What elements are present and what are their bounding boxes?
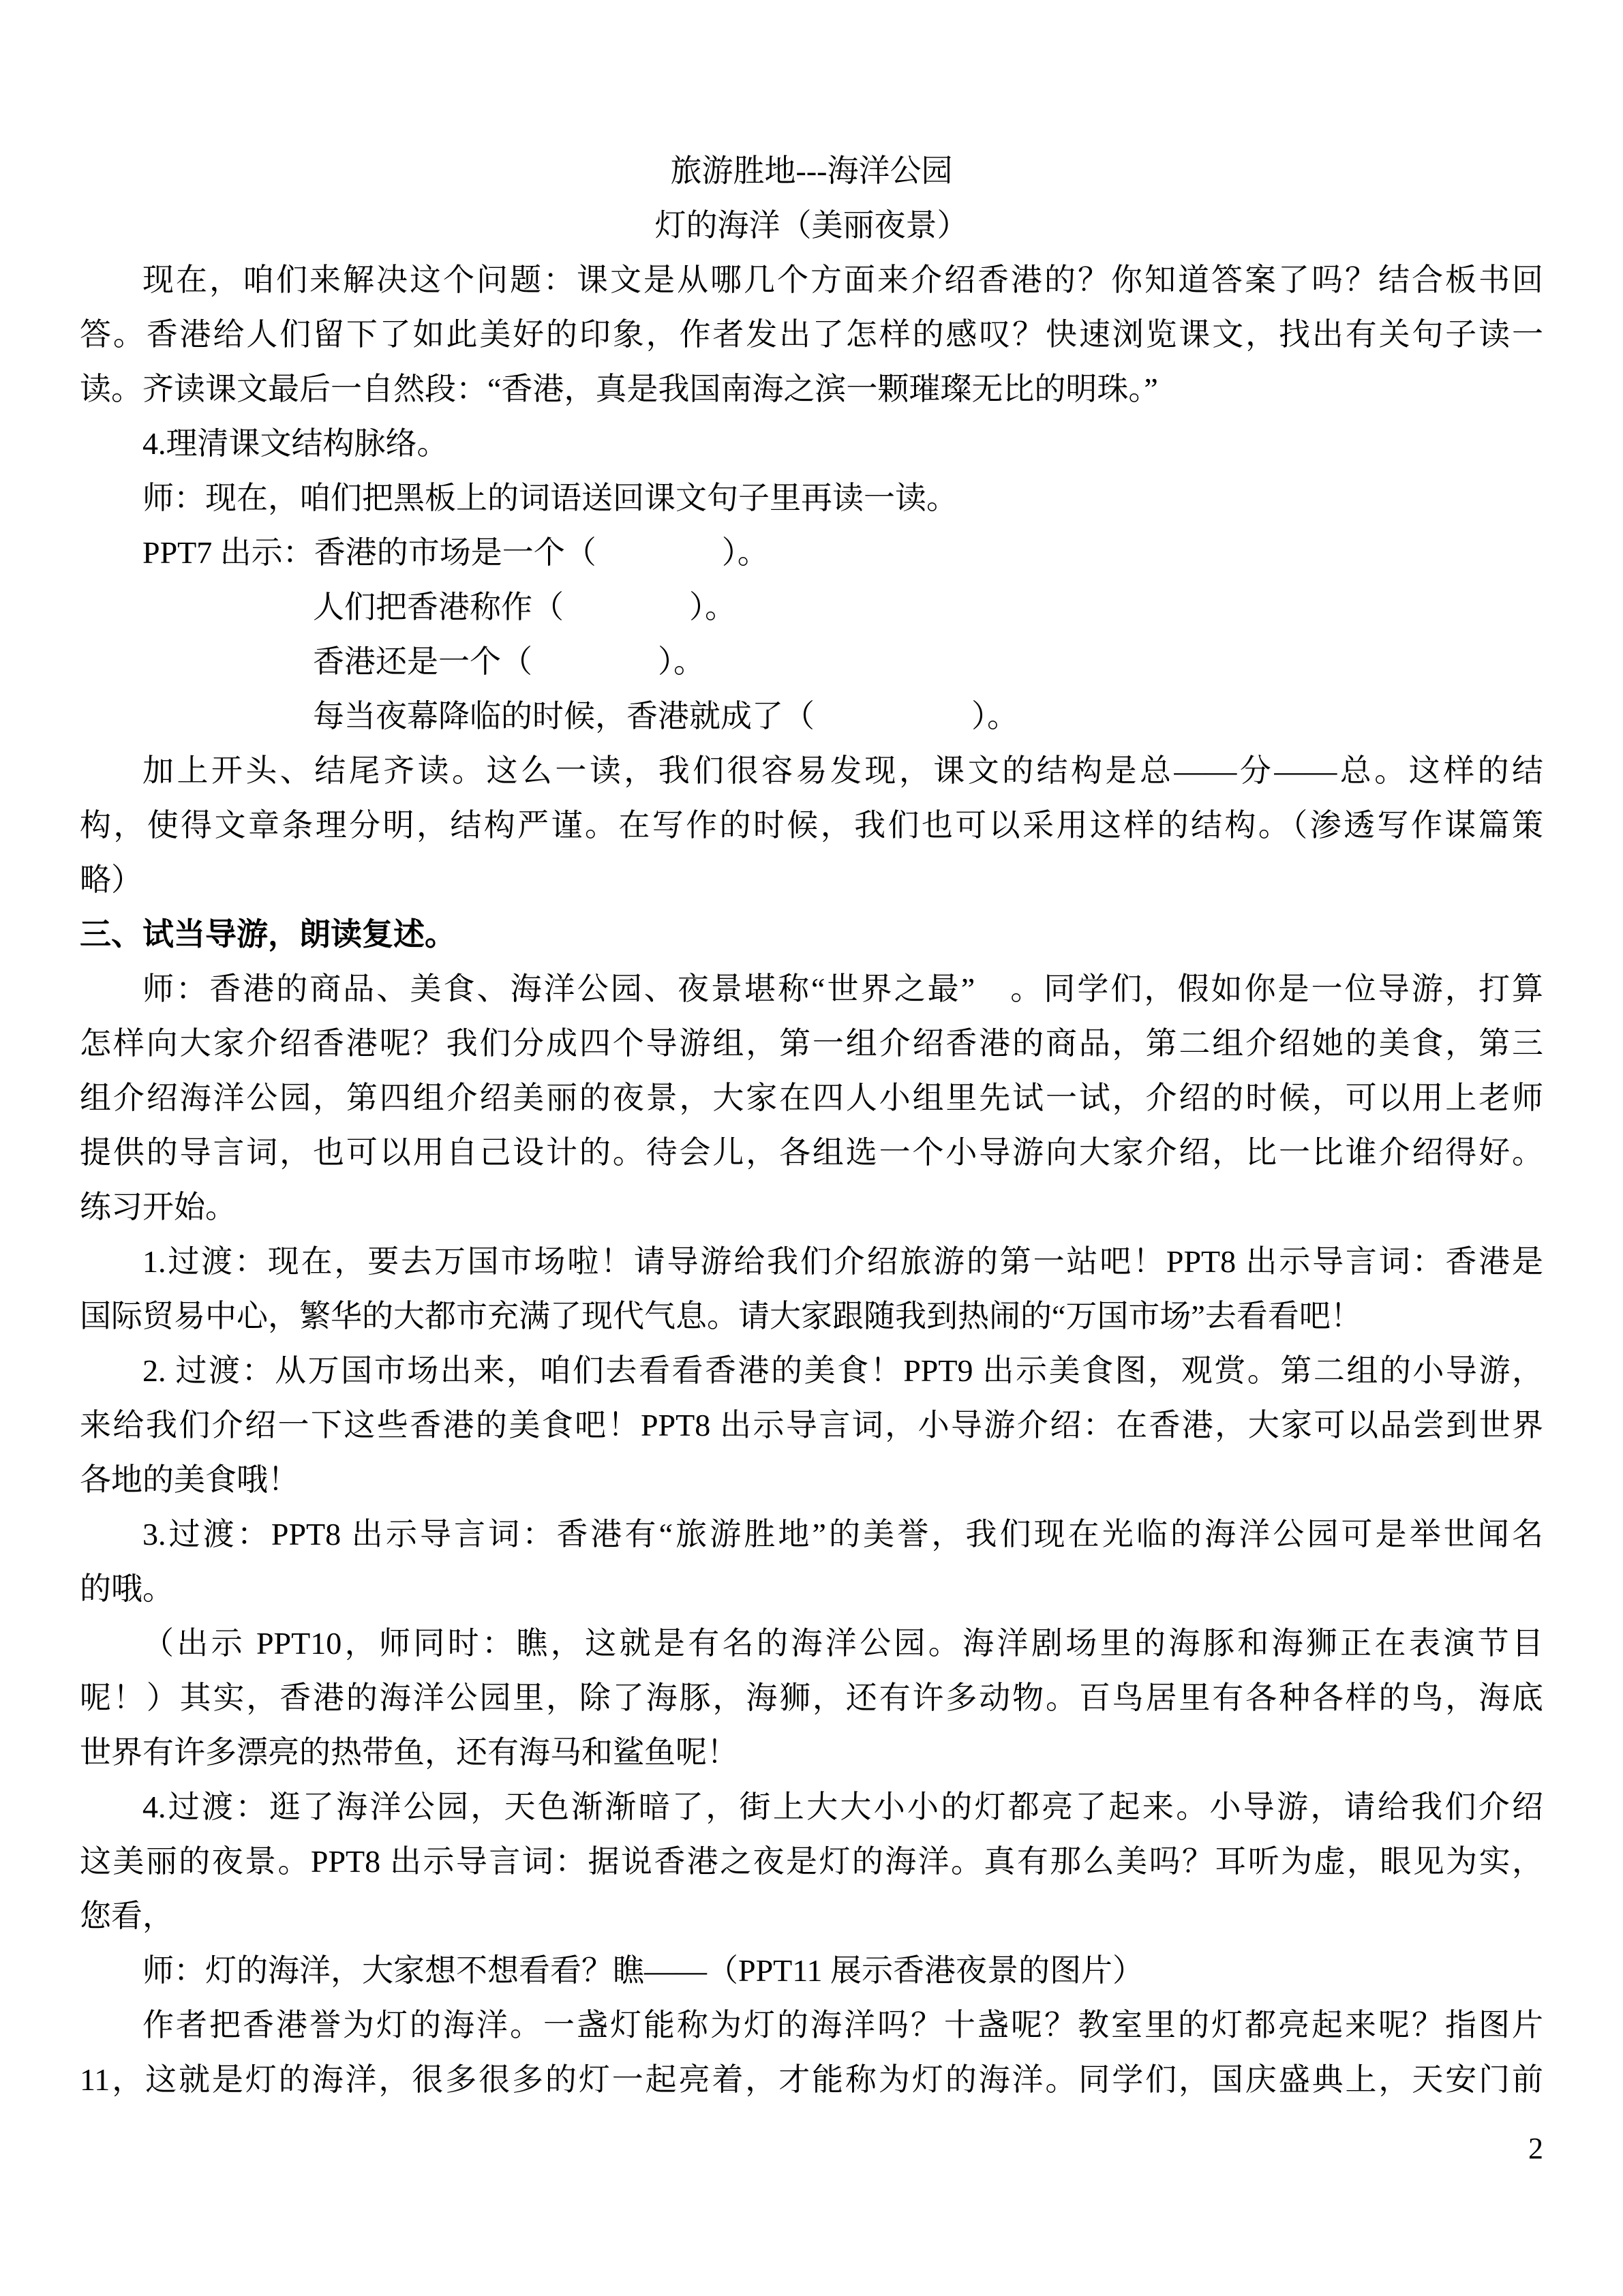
text-line: 您看， bbox=[80, 1889, 1543, 1944]
text-line: 提供的导言词，也可以用自己设计的。待会儿，各组选一个小导游向大家介绍，比一比谁介… bbox=[80, 1126, 1543, 1180]
text-line: 师：香港的商品、美食、海洋公园、夜景堪称“世界之最” 。同学们，假如你是一位导游… bbox=[80, 962, 1543, 1016]
text-line: 人们把香港称作（ ）。 bbox=[80, 580, 1543, 635]
document-title-line-1: 旅游胜地---海洋公园 bbox=[80, 144, 1543, 198]
paragraph-16: 师：灯的海洋，大家想不想看看？瞧——（PPT11 展示香港夜景的图片） bbox=[80, 1944, 1543, 1998]
text-line: 师：灯的海洋，大家想不想看看？瞧——（PPT11 展示香港夜景的图片） bbox=[80, 1944, 1543, 1998]
text-line: 略） bbox=[80, 853, 1543, 907]
paragraph-14: （出示 PPT10，师同时：瞧，这就是有名的海洋公园。海洋剧场里的海豚和海狮正在… bbox=[80, 1616, 1543, 1780]
paragraph-04: PPT7 出示：香港的市场是一个（ ）。 bbox=[80, 526, 1543, 580]
text-line: 2. 过渡：从万国市场出来，咱们去看看香港的美食！PPT9 出示美食图，观赏。第… bbox=[80, 1344, 1543, 1398]
text-line: 作者把香港誉为灯的海洋。一盏灯能称为灯的海洋吗？十盏呢？教室里的灯都亮起来呢？指… bbox=[80, 1998, 1543, 2053]
paragraph-06: 香港还是一个（ ）。 bbox=[80, 635, 1543, 689]
paragraph-17: 作者把香港誉为灯的海洋。一盏灯能称为灯的海洋吗？十盏呢？教室里的灯都亮起来呢？指… bbox=[80, 1998, 1543, 2107]
document-title-line-2: 灯的海洋（美丽夜景） bbox=[80, 198, 1543, 253]
text-line: 加上开头、结尾齐读。这么一读，我们很容易发现，课文的结构是总——分——总。这样的… bbox=[80, 744, 1543, 798]
text-line: 1.过渡：现在，要去万国市场啦！请导游给我们介绍旅游的第一站吧！PPT8 出示导… bbox=[80, 1235, 1543, 1289]
text-line: 每当夜幕降临的时候，香港就成了（ ）。 bbox=[80, 689, 1543, 744]
paragraph-02: 4.理清课文结构脉络。 bbox=[80, 417, 1543, 471]
paragraph-05: 人们把香港称作（ ）。 bbox=[80, 580, 1543, 635]
text-line: 3.过渡：PPT8 出示导言词：香港有“旅游胜地”的美誉，我们现在光临的海洋公园… bbox=[80, 1507, 1543, 1562]
paragraph-03: 师：现在，咱们把黑板上的词语送回课文句子里再读一读。 bbox=[80, 471, 1543, 526]
paragraph-13: 3.过渡：PPT8 出示导言词：香港有“旅游胜地”的美誉，我们现在光临的海洋公园… bbox=[80, 1507, 1543, 1616]
text-line: 现在，咱们来解决这个问题：课文是从哪几个方面来介绍香港的？你知道答案了吗？结合板… bbox=[80, 253, 1543, 307]
text-line: 练习开始。 bbox=[80, 1180, 1543, 1235]
text-line: 这美丽的夜景。PPT8 出示导言词：据说香港之夜是灯的海洋。真有那么美吗？耳听为… bbox=[80, 1834, 1543, 1889]
text-line: 怎样向大家介绍香港呢？我们分成四个导游组，第一组介绍香港的商品，第二组介绍她的美… bbox=[80, 1016, 1543, 1071]
text-line: 的哦。 bbox=[80, 1562, 1543, 1616]
text-line: 读。齐读课文最后一自然段：“香港，真是我国南海之滨一颗璀璨无比的明珠。” bbox=[80, 362, 1543, 417]
text-line: 香港还是一个（ ）。 bbox=[80, 635, 1543, 689]
text-line: 4.过渡：逛了海洋公园，天色渐渐暗了，街上大大小小的灯都亮了起来。小导游，请给我… bbox=[80, 1780, 1543, 1834]
paragraph-11: 1.过渡：现在，要去万国市场啦！请导游给我们介绍旅游的第一站吧！PPT8 出示导… bbox=[80, 1235, 1543, 1344]
text-line: 各地的美食哦！ bbox=[80, 1453, 1543, 1507]
text-line: 师：现在，咱们把黑板上的词语送回课文句子里再读一读。 bbox=[80, 471, 1543, 526]
text-line: 世界有许多漂亮的热带鱼，还有海马和鲨鱼呢！ bbox=[80, 1725, 1543, 1780]
paragraph-08: 加上开头、结尾齐读。这么一读，我们很容易发现，课文的结构是总——分——总。这样的… bbox=[80, 744, 1543, 907]
text-line: 来给我们介绍一下这些香港的美食吧！PPT8 出示导言词，小导游介绍：在香港，大家… bbox=[80, 1398, 1543, 1453]
paragraph-10: 师：香港的商品、美食、海洋公园、夜景堪称“世界之最” 。同学们，假如你是一位导游… bbox=[80, 962, 1543, 1235]
text-line: 答。香港给人们留下了如此美好的印象，作者发出了怎样的感叹？快速浏览课文，找出有关… bbox=[80, 307, 1543, 362]
paragraph-01: 现在，咱们来解决这个问题：课文是从哪几个方面来介绍香港的？你知道答案了吗？结合板… bbox=[80, 253, 1543, 417]
section-heading-text: 三、试当导游，朗读复述。 bbox=[80, 907, 1543, 962]
text-line: （出示 PPT10，师同时：瞧，这就是有名的海洋公园。海洋剧场里的海豚和海狮正在… bbox=[80, 1616, 1543, 1671]
text-line: 4.理清课文结构脉络。 bbox=[80, 417, 1543, 471]
paragraph-07: 每当夜幕降临的时候，香港就成了（ ）。 bbox=[80, 689, 1543, 744]
text-line: 国际贸易中心，繁华的大都市充满了现代气息。请大家跟随我到热闹的“万国市场”去看看… bbox=[80, 1289, 1543, 1344]
text-line: 呢！）其实，香港的海洋公园里，除了海豚，海狮，还有许多动物。百鸟居里有各种各样的… bbox=[80, 1671, 1543, 1725]
text-line: 11，这就是灯的海洋，很多很多的灯一起亮着，才能称为灯的海洋。同学们，国庆盛典上… bbox=[80, 2053, 1543, 2107]
text-line: PPT7 出示：香港的市场是一个（ ）。 bbox=[80, 526, 1543, 580]
paragraph-12: 2. 过渡：从万国市场出来，咱们去看看香港的美食！PPT9 出示美食图，观赏。第… bbox=[80, 1344, 1543, 1507]
text-line: 构，使得文章条理分明，结构严谨。在写作的时候，我们也可以采用这样的结构。（渗透写… bbox=[80, 798, 1543, 853]
paragraph-15: 4.过渡：逛了海洋公园，天色渐渐暗了，街上大大小小的灯都亮了起来。小导游，请给我… bbox=[80, 1780, 1543, 1944]
section-heading: 三、试当导游，朗读复述。 bbox=[80, 907, 1543, 962]
document-page: 旅游胜地---海洋公园 灯的海洋（美丽夜景） 现在，咱们来解决这个问题：课文是从… bbox=[80, 144, 1543, 2107]
page-number: 2 bbox=[80, 2132, 1543, 2165]
text-line: 组介绍海洋公园，第四组介绍美丽的夜景，大家在四人小组里先试一试，介绍的时候，可以… bbox=[80, 1071, 1543, 1126]
